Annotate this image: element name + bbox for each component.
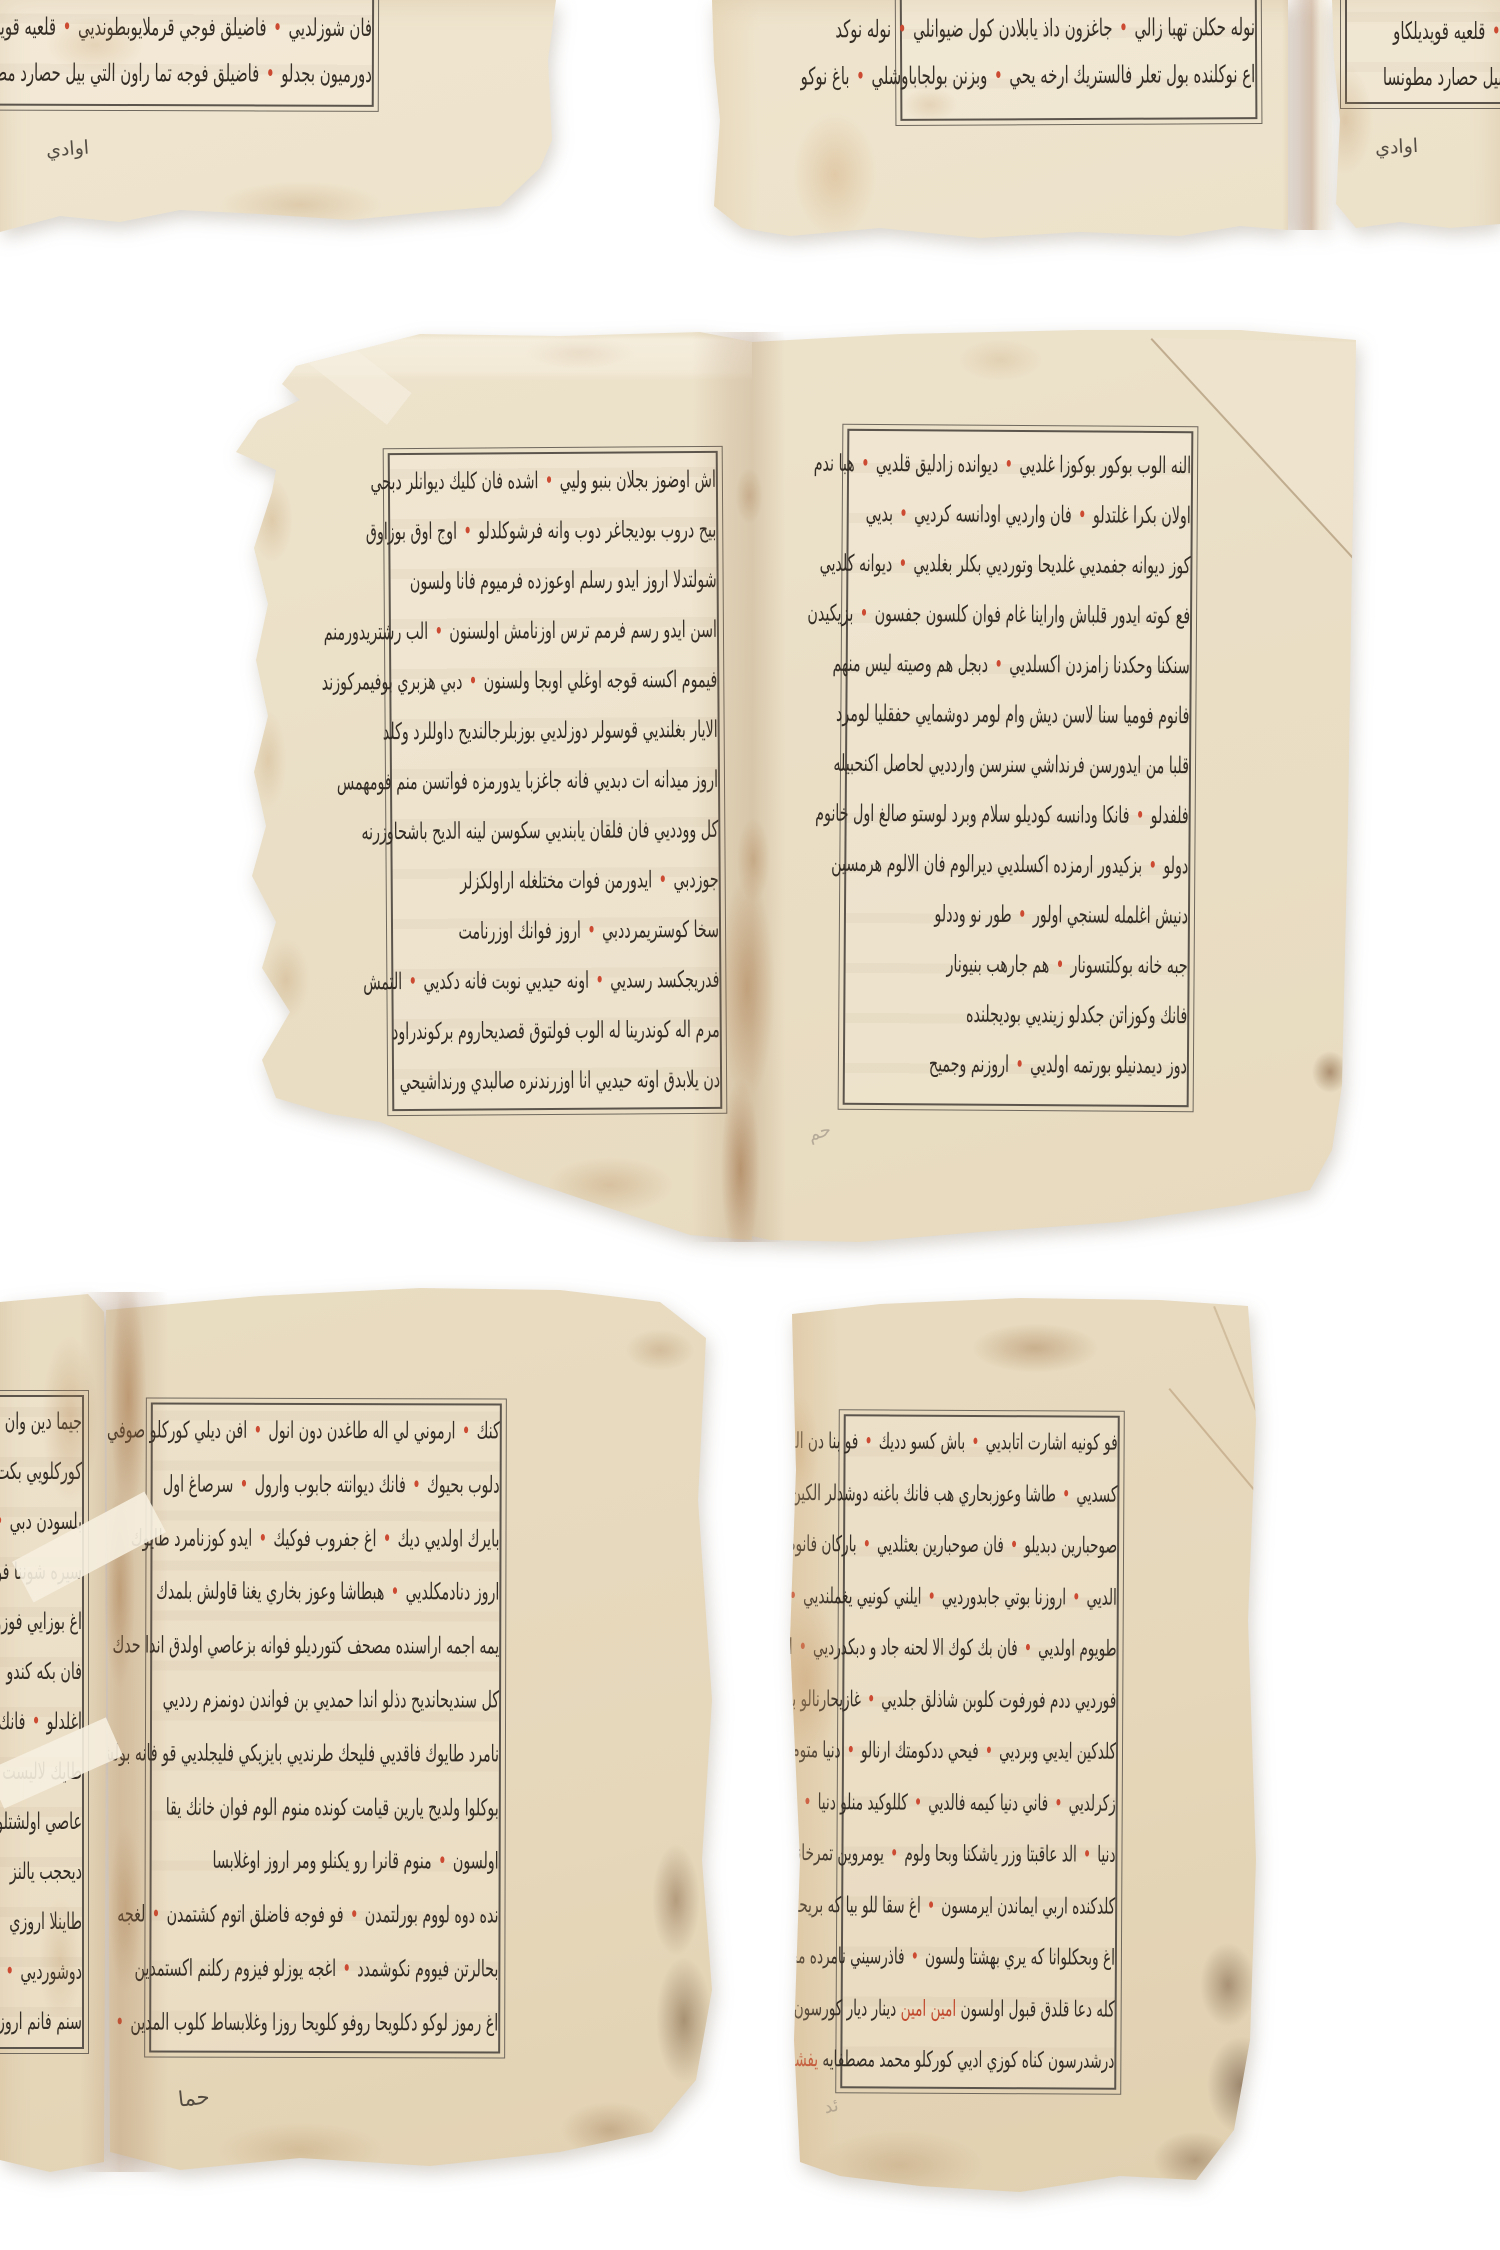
text-line: اغ وبحكلوانا كه يري بهشتا ولسون • فاذرسي… xyxy=(946,1932,1115,1984)
red-ink-word: امين امين xyxy=(901,1996,957,2021)
bottom-right-leaf-wrap: فو كونيه اشارت اتابديي • باش كسو دديك • … xyxy=(0,0,1500,2250)
bottom-right-crease-1 xyxy=(1168,1388,1266,1504)
verse-dot: • xyxy=(888,1842,900,1867)
verse-dot: • xyxy=(1022,1636,1034,1661)
text-line: درشدرسون كناه كوزي اديي كوركلو محمد مصطف… xyxy=(946,2035,1115,2087)
verse-dot: • xyxy=(865,1687,877,1712)
text-line: كلدكين ايديي وبرديي • فيحي ددكومتك ارنال… xyxy=(947,1726,1116,1778)
bottom-right-manuscript-leaf: فو كونيه اشارت اتابديي • باش كسو دديك • … xyxy=(0,0,1500,2250)
verse-dot: • xyxy=(797,1635,809,1660)
text-line: فو كونيه اشارت اتابديي • باش كسو دديك • … xyxy=(949,1417,1118,1469)
verse-dot: • xyxy=(801,1790,813,1815)
verse-dot: • xyxy=(845,1738,857,1763)
bottom-right-margin-scribble: ئد xyxy=(822,2095,841,2119)
verse-dot: • xyxy=(926,1584,938,1609)
verse-dot: • xyxy=(1052,1791,1064,1816)
text-line: طويوم اولديي • فان بك كوك الا لحنه جاد و… xyxy=(948,1623,1117,1675)
verse-dot: • xyxy=(912,1790,924,1815)
manuscript-photo-canvas: ويردي فرمايشلر بيلا قرافان شوزلديي • فاض… xyxy=(0,0,1500,2250)
verse-dot: • xyxy=(787,1583,799,1608)
text-line: صوحبارين دبديلو • فان صوحبارين بعثلديي •… xyxy=(948,1520,1117,1572)
verse-dot: • xyxy=(863,1429,875,1454)
verse-dot: • xyxy=(1060,1482,1072,1507)
verse-dot: • xyxy=(1070,1585,1082,1610)
verse-dot: • xyxy=(861,1532,873,1557)
text-line: زكرلديي • فاني دنيا كيمه فالديي • كللوكي… xyxy=(947,1777,1116,1829)
text-line: الديي • اروزنا بوتي جابدورديي • ايلني كو… xyxy=(948,1571,1117,1623)
text-line: دنيا • الد عاقبتا وزر ياشكنا وبحا ولوم •… xyxy=(947,1829,1116,1881)
text-line: فورديي ددم فورفوت كلوبن شاذلق جلديي • غا… xyxy=(947,1674,1116,1726)
verse-dot: • xyxy=(741,1738,753,1763)
bottom-right-text-block: فو كونيه اشارت اتابديي • باش كسو دديك • … xyxy=(840,1414,1120,2089)
verse-dot: • xyxy=(969,1430,981,1455)
verse-dot: • xyxy=(1008,1533,1020,1558)
text-line: كسديي • طاشا وعوزبحاري هب فانك باغنه دوش… xyxy=(949,1468,1118,1520)
bottom-right-crease-2 xyxy=(1213,1306,1260,1418)
verse-dot: • xyxy=(1081,1843,1093,1868)
verse-dot: • xyxy=(909,1945,921,1970)
text-line: كلدكنده اربي ايماندن ايرمسون • اغ سقا لل… xyxy=(946,1880,1115,1932)
verse-dot: • xyxy=(983,1739,995,1764)
verse-dot: • xyxy=(925,1893,937,1918)
text-line: كله دعا قلدق قبول اولسون امين امين دينار… xyxy=(946,1983,1115,2035)
red-ink-word: يفشلاسون xyxy=(759,2047,819,2072)
